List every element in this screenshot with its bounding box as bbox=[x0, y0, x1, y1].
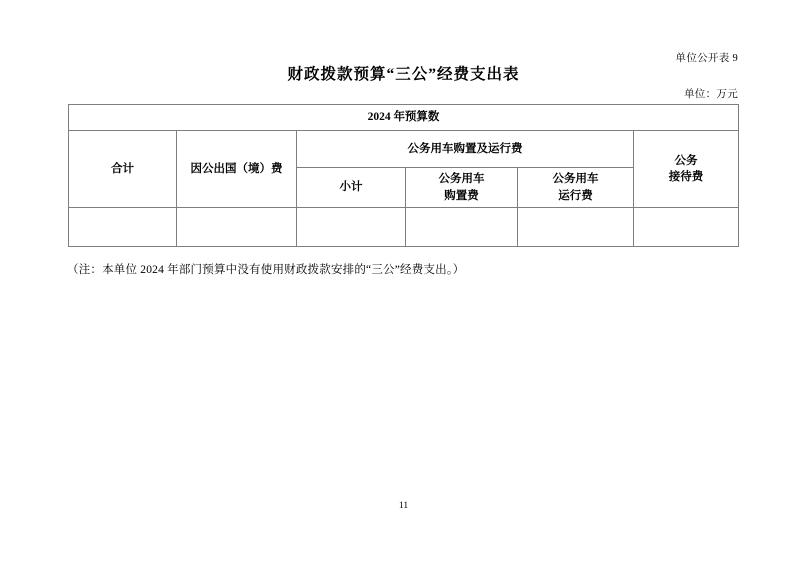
col-header-vehicle-operation: 公务用车 运行费 bbox=[518, 168, 634, 208]
page-number: 11 bbox=[0, 501, 807, 511]
page-title: 财政拨款预算“三公”经费支出表 bbox=[0, 62, 807, 84]
unit-label: 单位：万元 bbox=[684, 86, 738, 101]
data-cell-vehicle-operation bbox=[518, 208, 634, 247]
data-cell-vehicle-subtotal bbox=[297, 208, 406, 247]
table-row-data bbox=[69, 208, 739, 247]
col-header-abroad: 因公出国（境）费 bbox=[177, 131, 297, 208]
data-cell-reception bbox=[634, 208, 739, 247]
col-header-reception: 公务 接待费 bbox=[634, 131, 739, 208]
table-row-group-header: 合计 因公出国（境）费 公务用车购置及运行费 公务 接待费 bbox=[69, 131, 739, 168]
year-header-cell: 2024 年预算数 bbox=[69, 105, 739, 131]
col-header-total: 合计 bbox=[69, 131, 177, 208]
footnote: （注：本单位 2024 年部门预算中没有使用财政拨款安排的“三公”经费支出。） bbox=[67, 261, 465, 277]
data-cell-vehicle-purchase bbox=[406, 208, 518, 247]
three-public-expense-table: 2024 年预算数 合计 因公出国（境）费 公务用车购置及运行费 公务 接待费 … bbox=[68, 104, 739, 247]
table-row-year-header: 2024 年预算数 bbox=[69, 105, 739, 131]
data-cell-abroad bbox=[177, 208, 297, 247]
col-header-vehicle-subtotal: 小计 bbox=[297, 168, 406, 208]
col-header-vehicle-group: 公务用车购置及运行费 bbox=[297, 131, 634, 168]
document-page: 单位公开表 9 财政拨款预算“三公”经费支出表 单位：万元 2024 年预算数 … bbox=[0, 0, 807, 570]
col-header-vehicle-purchase: 公务用车 购置费 bbox=[406, 168, 518, 208]
data-cell-total bbox=[69, 208, 177, 247]
